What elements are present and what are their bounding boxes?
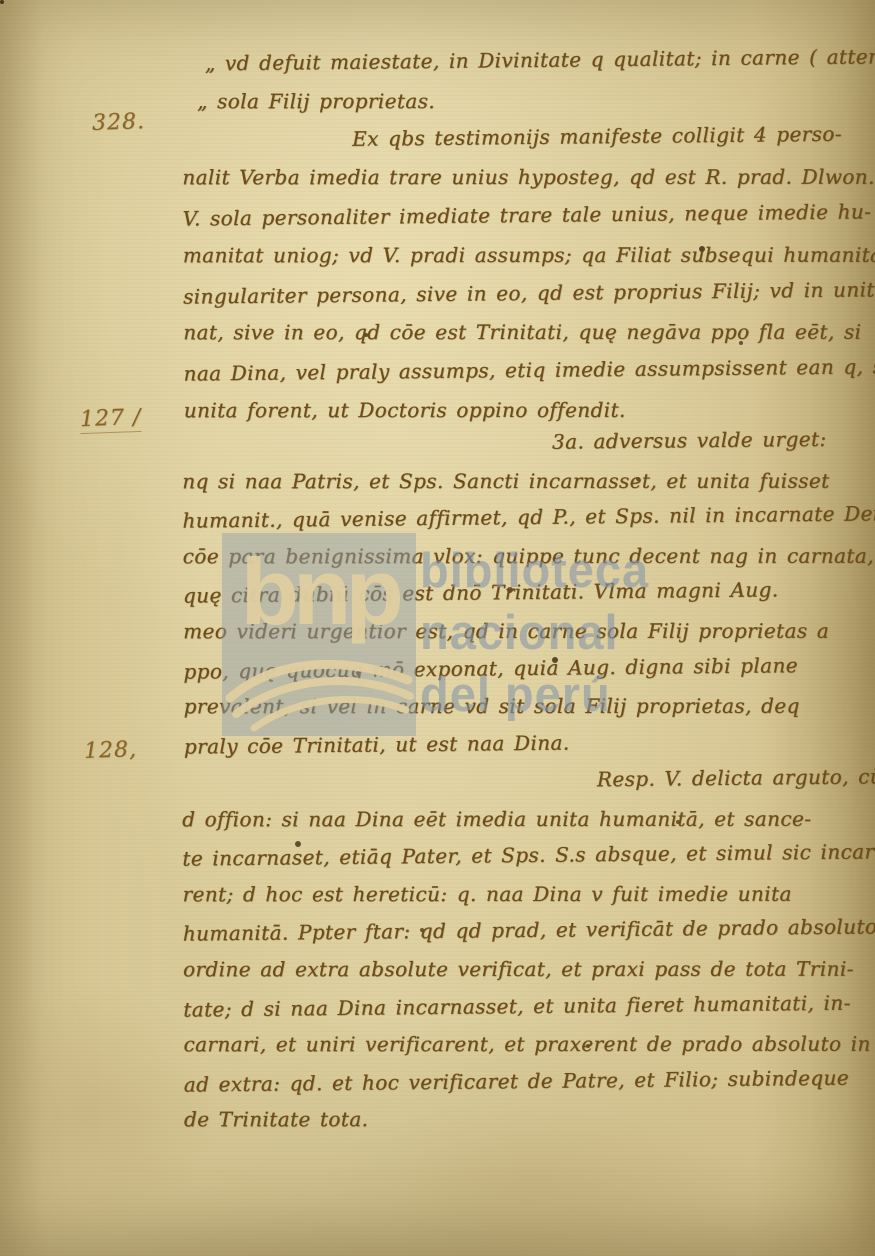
manuscript-line: meo videri urgentior est, qd in carne so… — [183, 613, 873, 651]
manuscript-line: cōe para benignissima vlox: quippe tunc … — [183, 537, 873, 575]
manuscript-paragraph-3: 3a. adversus valde urget: nq si naa Patr… — [182, 422, 874, 765]
margin-number-1: 328. — [92, 109, 146, 136]
manuscript-line: Ex qbs testimonijs manifeste colligit 4 … — [182, 114, 872, 160]
manuscript-line: humanitā. Ppter ftar: qd qd prad, et ver… — [183, 909, 873, 954]
manuscript-line: humanit., quā venise affirmet, qd P., et… — [182, 496, 872, 541]
manuscript-line: naa Dina, vel praly assumps, etiq imedie… — [183, 348, 873, 394]
manuscript-line: quę citra dubiū cōs est dnō Trinitati. V… — [183, 571, 873, 616]
ink-blots — [0, 0, 4, 4]
manuscript-line: 3a. adversus valde urget: — [182, 420, 872, 465]
manuscript-line: ordine ad extra absolute verificat, et p… — [183, 951, 873, 989]
manuscript-line: te incarnaset, etiāq Pater, et Sps. S.s … — [182, 834, 872, 879]
manuscript-paragraph-2: Ex qbs testimonijs manifeste colligit 4 … — [182, 116, 874, 431]
manuscript-line: nq si naa Patris, et Sps. Sancti incarna… — [182, 462, 872, 500]
manuscript-line: V. sola personaliter imediate trare tale… — [182, 192, 872, 238]
manuscript-line: nalit Verba imedia trare unius hyposteg,… — [182, 158, 872, 197]
manuscript-line: „ vd defuit maiestate, in Divinitate q q… — [183, 36, 873, 83]
manuscript-line: Resp. V. delicta arguto, cū, — [182, 758, 872, 803]
manuscript-page: 328. 127 / 128, „ vd defuit maiestate, i… — [0, 0, 875, 1256]
manuscript-line: tate; d si naa Dina incarnasset, et unit… — [183, 984, 873, 1029]
manuscript-line: manitat uniog; vd V. pradi assumps; qa F… — [183, 235, 873, 274]
manuscript-paragraph-1: „ vd defuit maiestate, in Divinitate q q… — [183, 38, 873, 122]
manuscript-paragraph-4: Resp. V. delicta arguto, cū, d offion: s… — [182, 760, 874, 1140]
manuscript-line: carnari, et uniri verificarent, et praxe… — [184, 1026, 874, 1064]
manuscript-line: ad extra: qd. et hoc verificaret de Patr… — [184, 1059, 874, 1104]
manuscript-line: d offion: si naa Dina eēt imedia unita h… — [182, 800, 872, 838]
margin-number-3: 128, — [84, 737, 138, 764]
manuscript-line: nat, sive in eo, qd cōe est Trinitati, q… — [183, 313, 873, 352]
manuscript-line: de Trinitate tota. — [184, 1101, 874, 1139]
margin-number-2: 127 / — [80, 405, 142, 434]
manuscript-line: rent; d hoc est hereticū: q. naa Dina v … — [183, 875, 873, 913]
manuscript-line: prevalent, si vel in carne vd sit sola F… — [184, 688, 874, 726]
manuscript-line: ppo, quę quocuq mō exponat, quia Aug. di… — [183, 646, 873, 691]
manuscript-line: singulariter persona, sive in eo, qd est… — [183, 270, 873, 316]
